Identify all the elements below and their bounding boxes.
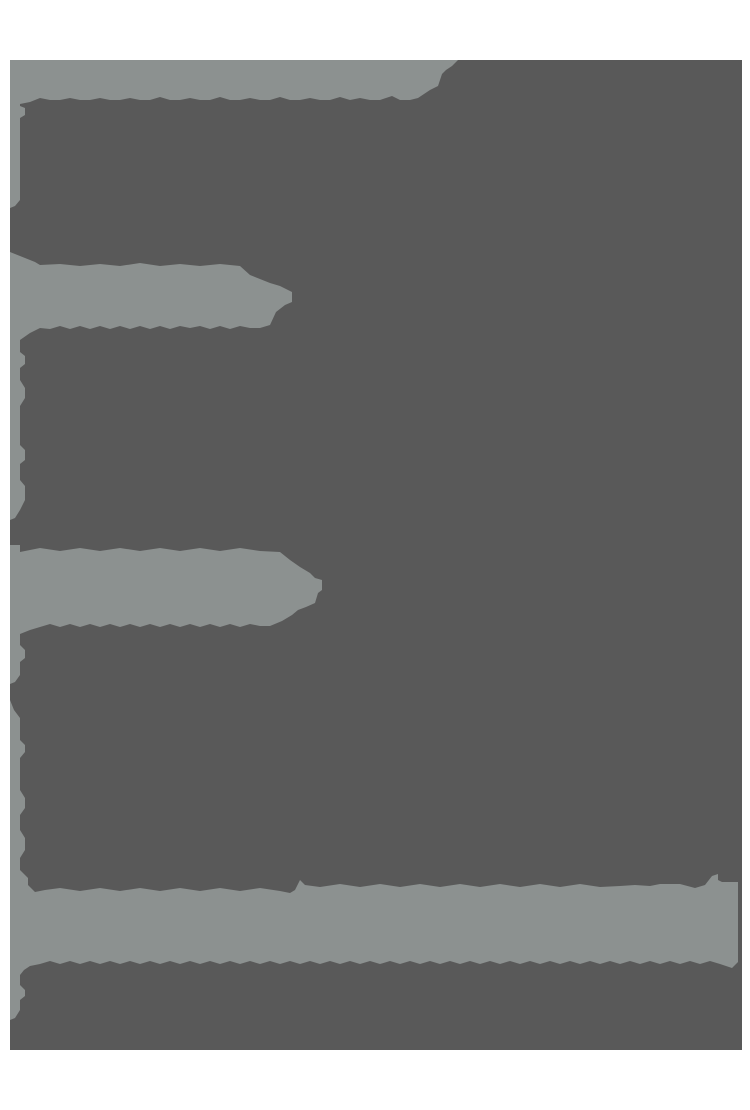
redacted-document-canvas: [0, 0, 750, 1110]
redacted-layout-graphic: [0, 0, 750, 1110]
